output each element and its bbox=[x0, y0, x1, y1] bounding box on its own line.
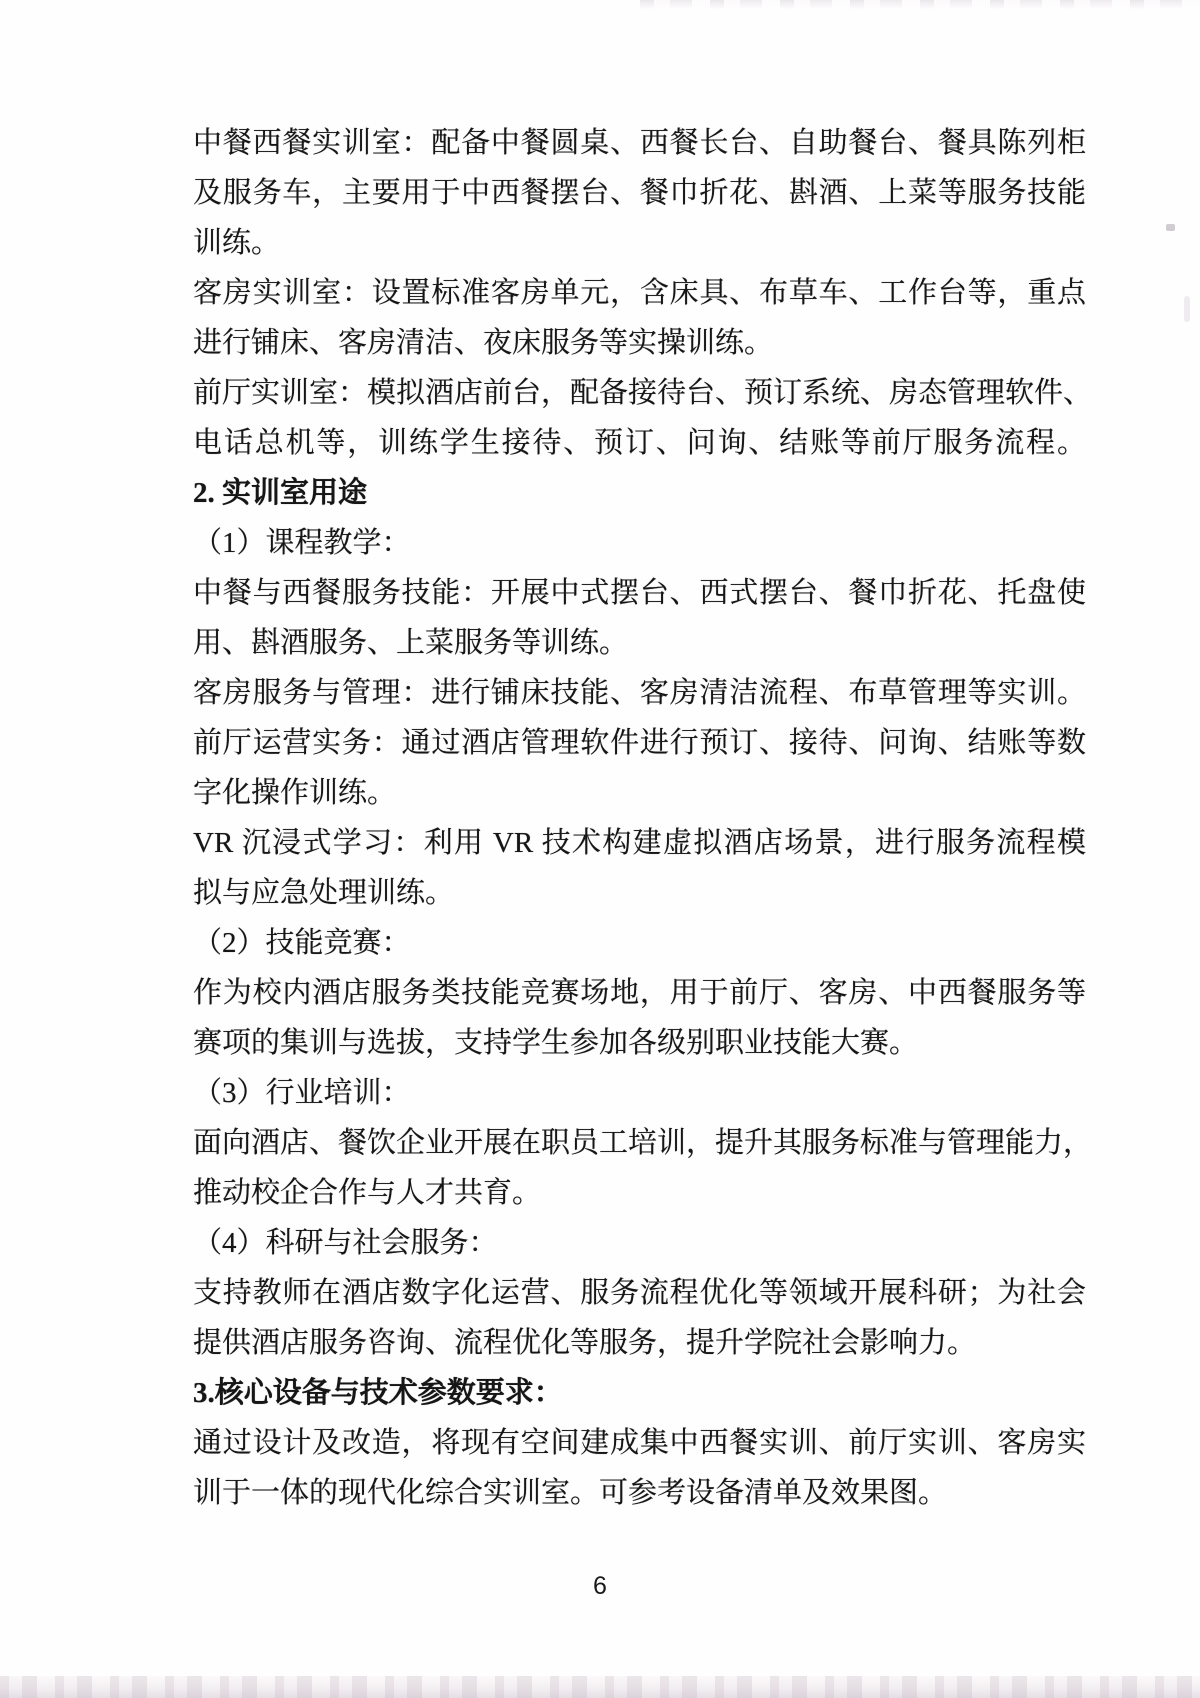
text-line: 用、斟酒服务、上菜服务等训练。 bbox=[193, 618, 1086, 668]
document-body: 中餐西餐实训室：配备中餐圆桌、西餐长台、自助餐台、餐具陈列柜及服务车，主要用于中… bbox=[193, 118, 1086, 1518]
page-number: 6 bbox=[0, 1572, 1200, 1601]
text-line: 客房实训室：设置标准客房单元，含床具、布草车、工作台等，重点 bbox=[193, 268, 1086, 318]
text-line: （2）技能竞赛： bbox=[193, 918, 1086, 968]
text-line: 拟与应急处理训练。 bbox=[193, 868, 1086, 918]
text-line: 训练。 bbox=[193, 218, 1086, 268]
text-line: 客房服务与管理：进行铺床技能、客房清洁流程、布草管理等实训。 bbox=[193, 668, 1086, 718]
text-line: 3.核心设备与技术参数要求： bbox=[193, 1368, 1086, 1418]
text-line: 赛项的集训与选拔，支持学生参加各级别职业技能大赛。 bbox=[193, 1018, 1086, 1068]
text-line: 进行铺床、客房清洁、夜床服务等实操训练。 bbox=[193, 318, 1086, 368]
text-line: 字化操作训练。 bbox=[193, 768, 1086, 818]
text-line: 提供酒店服务咨询、流程优化等服务，提升学院社会影响力。 bbox=[193, 1318, 1086, 1368]
document-page: 中餐西餐实训室：配备中餐圆桌、西餐长台、自助餐台、餐具陈列柜及服务车，主要用于中… bbox=[0, 0, 1200, 1698]
text-line: VR 沉浸式学习：利用 VR 技术构建虚拟酒店场景，进行服务流程模 bbox=[193, 818, 1086, 868]
text-line: 推动校企合作与人才共育。 bbox=[193, 1168, 1086, 1218]
text-line: 2. 实训室用途 bbox=[193, 468, 1086, 518]
text-line: （3）行业培训： bbox=[193, 1068, 1086, 1118]
text-line: （4）科研与社会服务： bbox=[193, 1218, 1086, 1268]
text-line: 支持教师在酒店数字化运营、服务流程优化等领域开展科研；为社会 bbox=[193, 1268, 1086, 1318]
text-line: 中餐与西餐服务技能：开展中式摆台、西式摆台、餐巾折花、托盘使 bbox=[193, 568, 1086, 618]
text-line: 前厅运营实务：通过酒店管理软件进行预订、接待、问询、结账等数 bbox=[193, 718, 1086, 768]
scan-noise-bottom bbox=[0, 1676, 1200, 1698]
scan-speck bbox=[1184, 296, 1190, 322]
text-line: 面向酒店、餐饮企业开展在职员工培训，提升其服务标准与管理能力， bbox=[193, 1118, 1086, 1168]
text-line: 通过设计及改造，将现有空间建成集中西餐实训、前厅实训、客房实 bbox=[193, 1418, 1086, 1468]
text-line: 中餐西餐实训室：配备中餐圆桌、西餐长台、自助餐台、餐具陈列柜 bbox=[193, 118, 1086, 168]
text-line: （1）课程教学： bbox=[193, 518, 1086, 568]
scan-speck bbox=[1166, 224, 1175, 231]
text-line: 前厅实训室：模拟酒店前台，配备接待台、预订系统、房态管理软件、 bbox=[193, 368, 1086, 418]
text-line: 作为校内酒店服务类技能竞赛场地，用于前厅、客房、中西餐服务等 bbox=[193, 968, 1086, 1018]
text-line: 及服务车，主要用于中西餐摆台、餐巾折花、斟酒、上菜等服务技能 bbox=[193, 168, 1086, 218]
scan-noise-top bbox=[640, 0, 1200, 11]
text-line: 训于一体的现代化综合实训室。可参考设备清单及效果图。 bbox=[193, 1468, 1086, 1518]
text-line: 电话总机等，训练学生接待、预订、问询、结账等前厅服务流程。 bbox=[193, 418, 1086, 468]
